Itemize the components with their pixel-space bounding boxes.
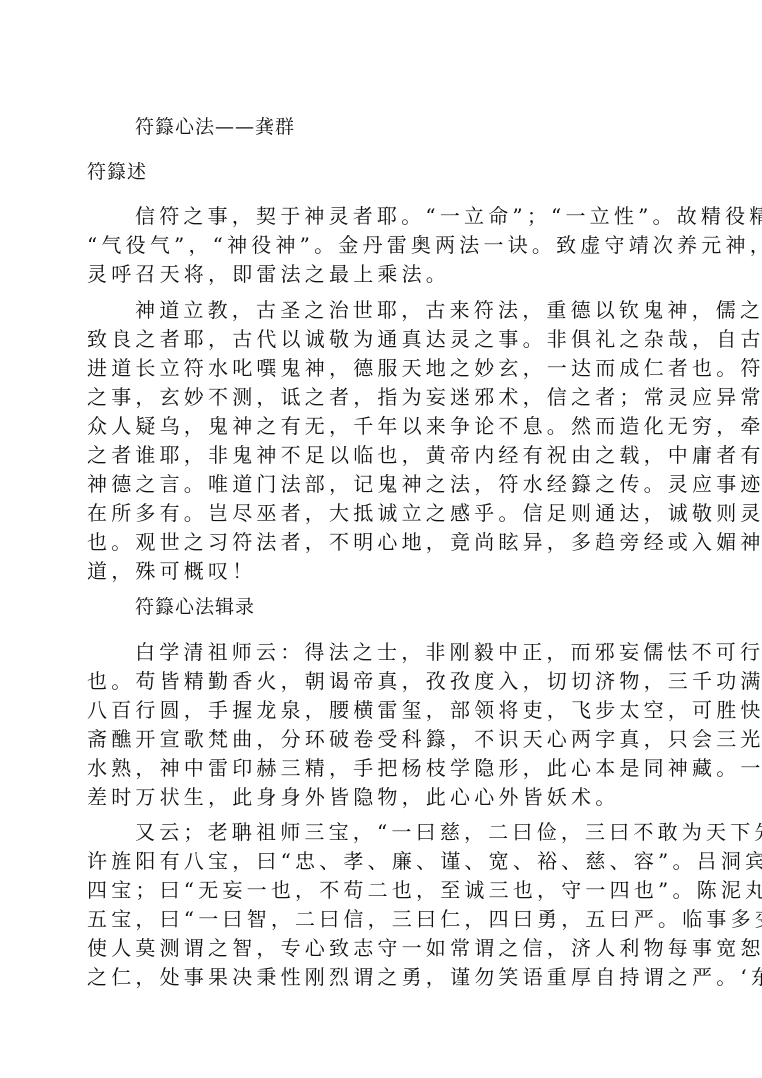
text-line: 致良之者耶，古代以诚敬为通真达灵之事。非俱礼之杂哉，自古先 [87,327,762,351]
text-line: 之仁，处事果决秉性刚烈谓之勇，谨勿笑语重厚自持谓之严。‘东 [87,965,762,989]
text-line: 进道长立符水叱噀鬼神，德服天地之妙玄，一达而成仁者也。符水 [87,356,762,380]
text-line: 信符之事，契于神灵者耶。“一立命”；“一立性”。故精役精， [135,204,762,228]
text-line: 也。观世之习符法者，不明心地，竟尚眩异，多趋旁经或入媚神之 [87,530,762,554]
text-line: 八百行圆，手握龙泉，腰横雷玺，部领将吏，飞步太空，可胜快哉。 [87,698,762,722]
text-line: 灵呼召天将，即雷法之最上乘法。 [87,262,450,286]
text-line: 五宝，曰“一曰智，二曰信，三曰仁，四曰勇，五曰严。临事多变 [87,907,762,931]
text-line: 使人莫测谓之智，专心致志守一如常谓之信，济人利物每事宽恕谓 [87,936,762,960]
text-line: 白学清祖师云：得法之士，非刚毅中正，而邪妄儒怯不可行 [135,640,762,664]
document-title: 符籙心法——龚群 [135,115,295,139]
text-line: 神道立教，古圣之治世耶，古来符法，重德以钦鬼神，儒之 [135,298,762,322]
text-line: 又云；老聃祖师三宝，“一曰慈，二曰俭，三曰不敢为天下先”。 [135,820,762,844]
text-line: 之者谁耶，非鬼神不足以临也，黄帝内经有祝由之载，中庸者有鬼 [87,443,762,467]
section-heading-fulu-xinfa-jilu: 符籙心法辑录 [135,595,255,619]
section-heading-fulu-shu: 符籙述 [87,160,147,184]
text-line: 在所多有。岂尽巫者，大抵诚立之感乎。信足则通达，诚敬则灵应 [87,501,762,525]
text-line: 道，殊可概叹！ [87,559,256,583]
text-line: 之事，玄妙不测，诋之者，指为妄迷邪术，信之者；常灵应异常， [87,385,762,409]
text-line: 四宝；曰“无妄一也，不苟二也，至诚三也，守一四也”。陈泥丸有 [87,878,762,902]
text-line: 差时万状生，此身身外皆隐物，此心心外皆妖术。 [87,785,619,809]
text-line: “气役气”，“神役神”。金丹雷奥两法一诀。致虚守靖次养元神，神 [87,233,762,257]
text-line: 也。苟皆精勤香火，朝谒帝真，孜孜度入，切切济物，三千功满， [87,669,762,693]
text-line: 水熟，神中雷印赫三精，手把杨枝学隐形，此心本是同神藏。一念 [87,756,762,780]
text-line: 许旌阳有八宝，曰“忠、孝、廉、谨、宽、裕、慈、容”。吕洞宾有 [87,849,762,873]
text-line: 神德之言。唯道门法部，记鬼神之法，符水经籙之传。灵应事迹， [87,472,762,496]
text-line: 众人疑乌，鬼神之有无，千年以来争论不息。然而造化无穷，牵制 [87,414,762,438]
text-line: 斋醮开宣歌梵曲，分环破卷受科籙，不识天心两字真，只会三光符 [87,727,762,751]
